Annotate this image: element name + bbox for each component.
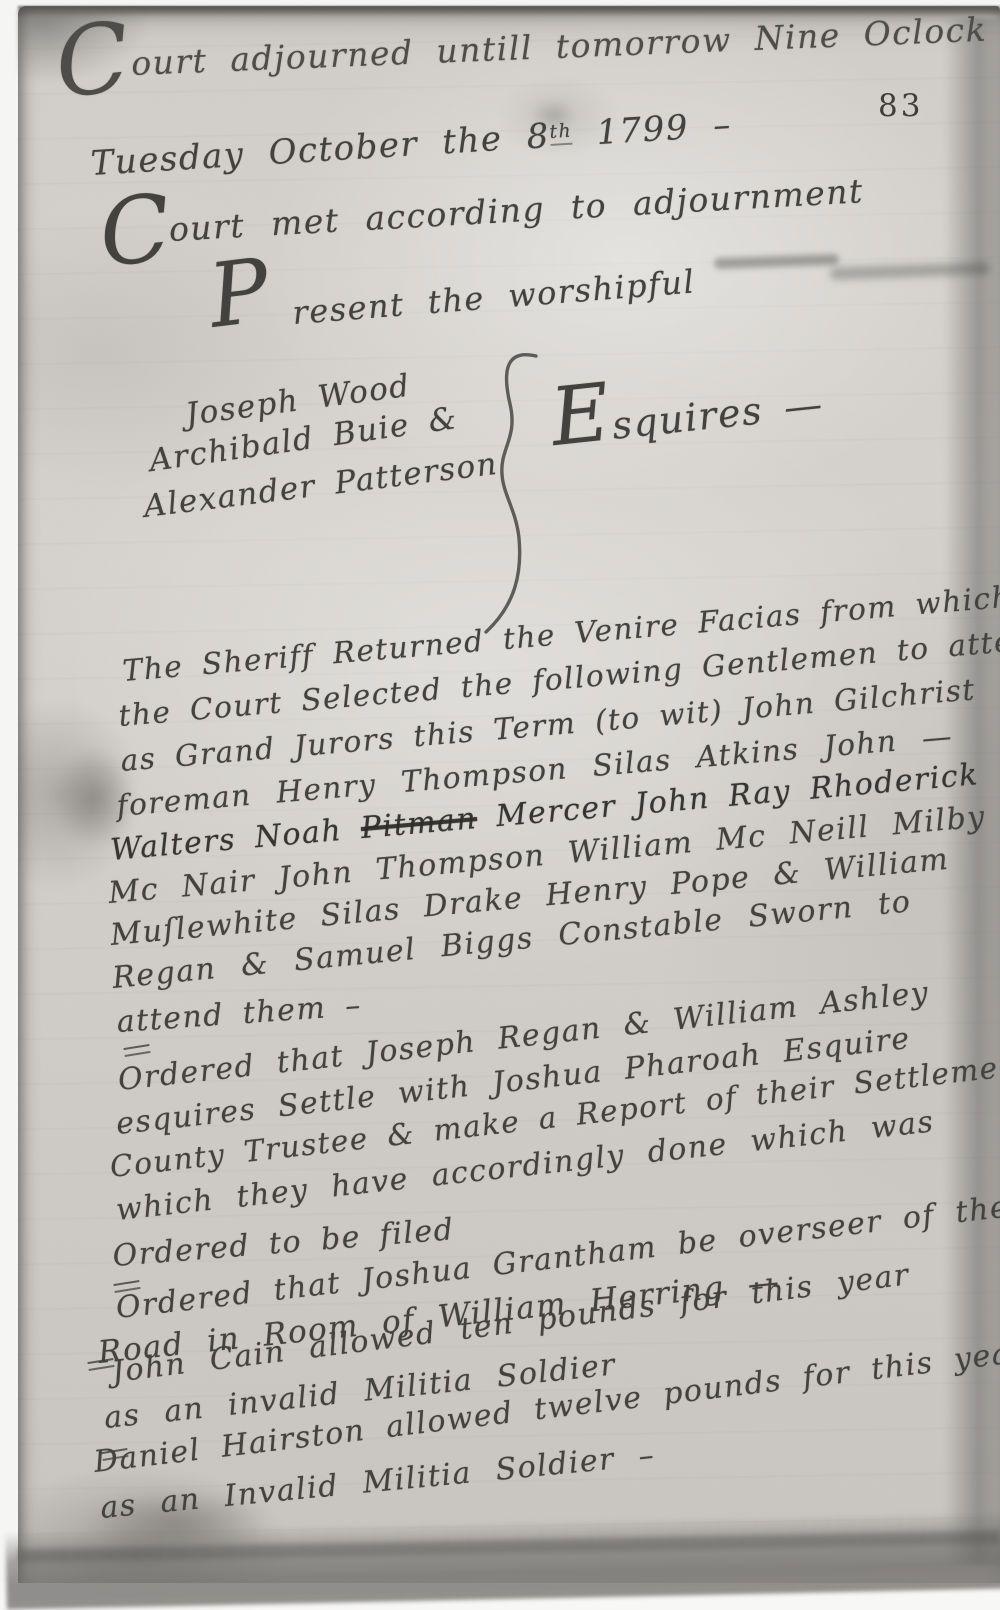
page-number: 83 xyxy=(878,88,923,124)
page-bottom-edge xyxy=(5,1510,1000,1583)
date-ordinal: th xyxy=(549,120,573,145)
adjournment-initial: C xyxy=(52,19,135,103)
court-met-initial: C xyxy=(96,191,175,272)
ink-smudge xyxy=(714,254,839,269)
present-initial: P xyxy=(205,255,274,332)
scan-background: C ourt adjourned untill tomorrow Nine Oc… xyxy=(0,0,1000,1583)
